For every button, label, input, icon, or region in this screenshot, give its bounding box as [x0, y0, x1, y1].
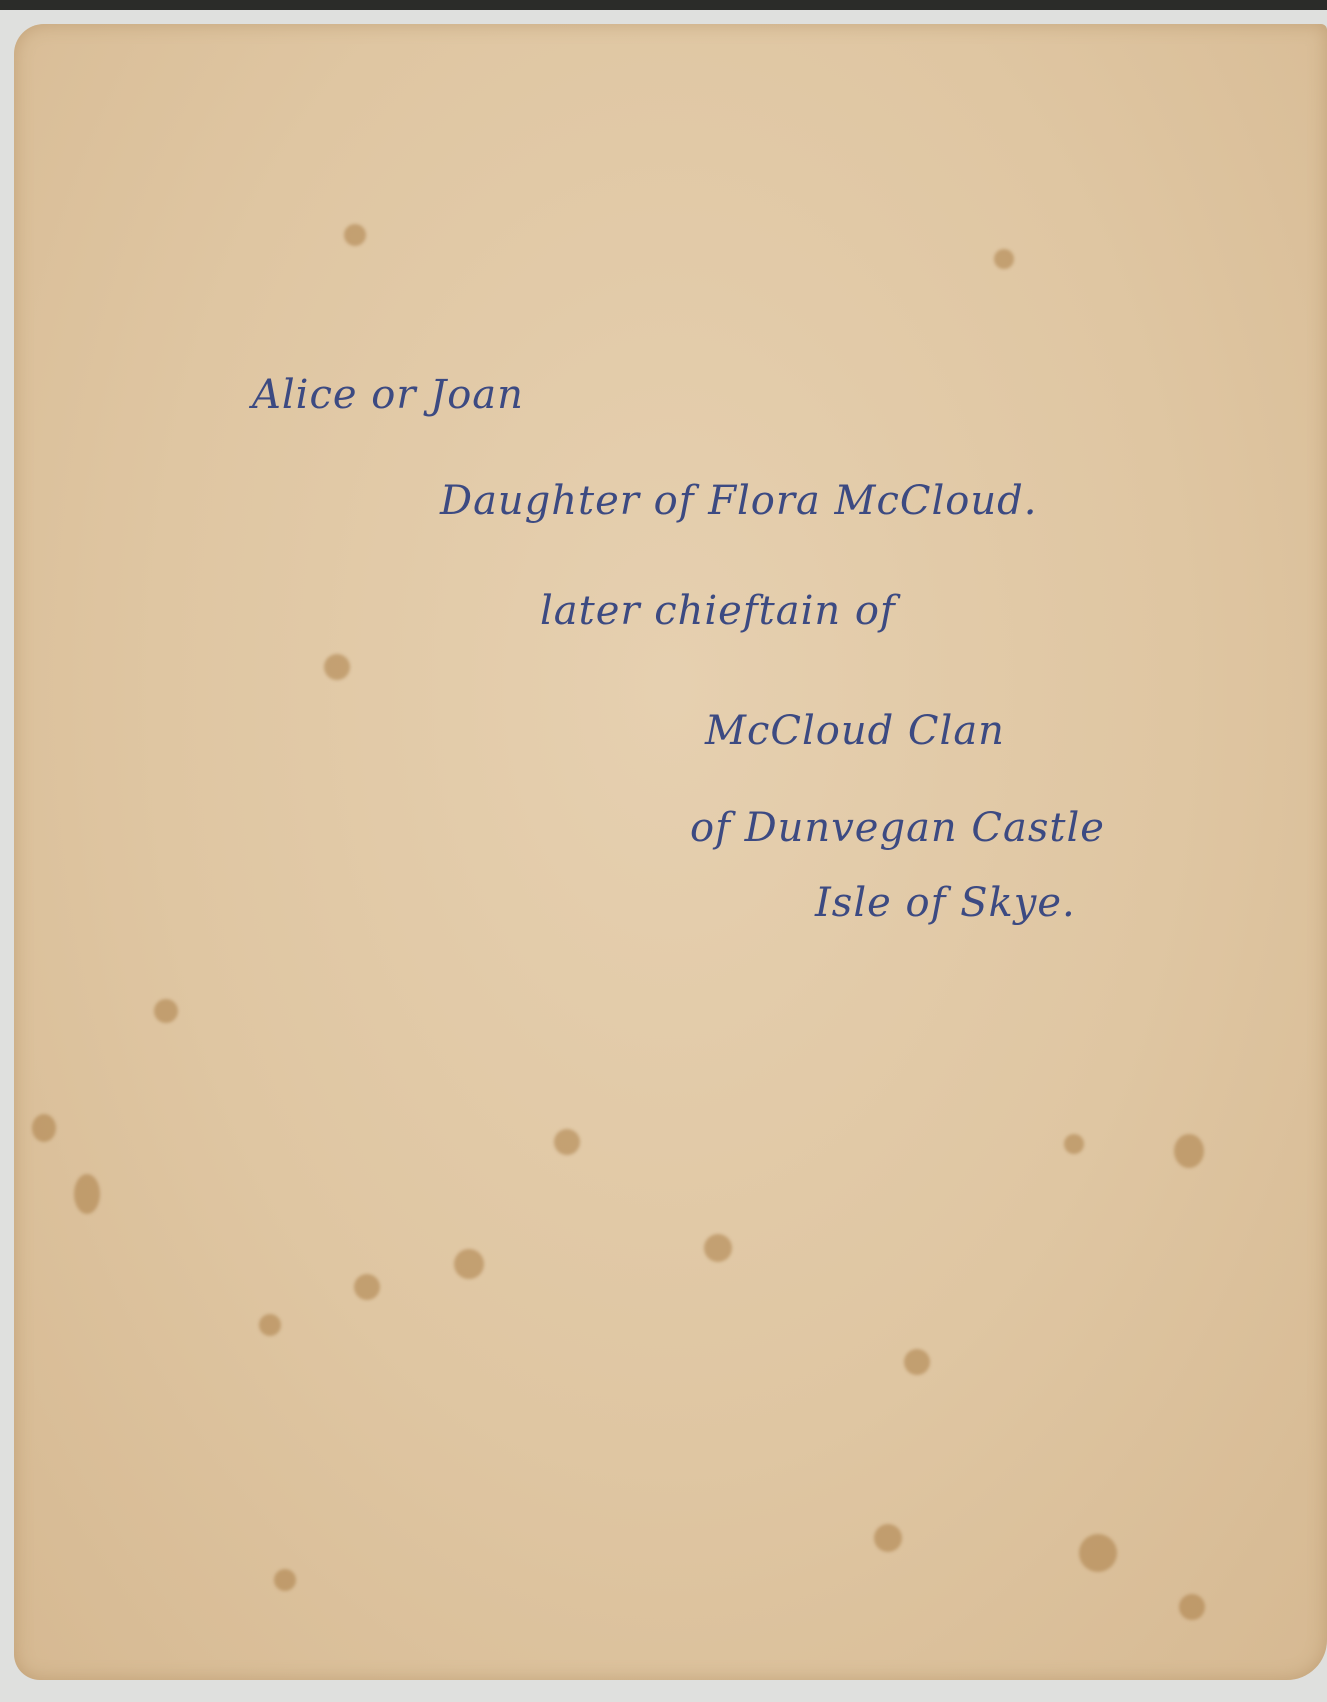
foxing-spot	[274, 1569, 296, 1591]
scanner-edge	[0, 0, 1327, 10]
foxing-spot	[1174, 1134, 1204, 1168]
photo-card-back	[14, 24, 1327, 1680]
foxing-spot	[324, 654, 350, 680]
handwritten-line-3: later chieftain of	[540, 588, 896, 634]
foxing-spot	[454, 1249, 484, 1279]
foxing-spot	[1064, 1134, 1084, 1154]
foxing-spot	[154, 999, 178, 1023]
foxing-spot	[259, 1314, 281, 1336]
foxing-spot	[874, 1524, 902, 1552]
handwritten-line-2: Daughter of Flora McCloud.	[440, 478, 1037, 524]
handwritten-line-6: Isle of Skye.	[815, 880, 1076, 926]
foxing-spot	[354, 1274, 380, 1300]
handwritten-line-4: McCloud Clan	[705, 708, 1005, 754]
foxing-spot	[994, 249, 1014, 269]
foxing-spot	[344, 224, 366, 246]
foxing-spot	[1079, 1534, 1117, 1572]
foxing-spot	[1179, 1594, 1205, 1620]
foxing-spot	[74, 1174, 100, 1214]
handwritten-line-5: of Dunvegan Castle	[690, 805, 1105, 851]
foxing-spot	[704, 1234, 732, 1262]
foxing-spot	[554, 1129, 580, 1155]
handwritten-line-1: Alice or Joan	[252, 372, 524, 418]
foxing-spot	[904, 1349, 930, 1375]
foxing-spot	[32, 1114, 56, 1142]
